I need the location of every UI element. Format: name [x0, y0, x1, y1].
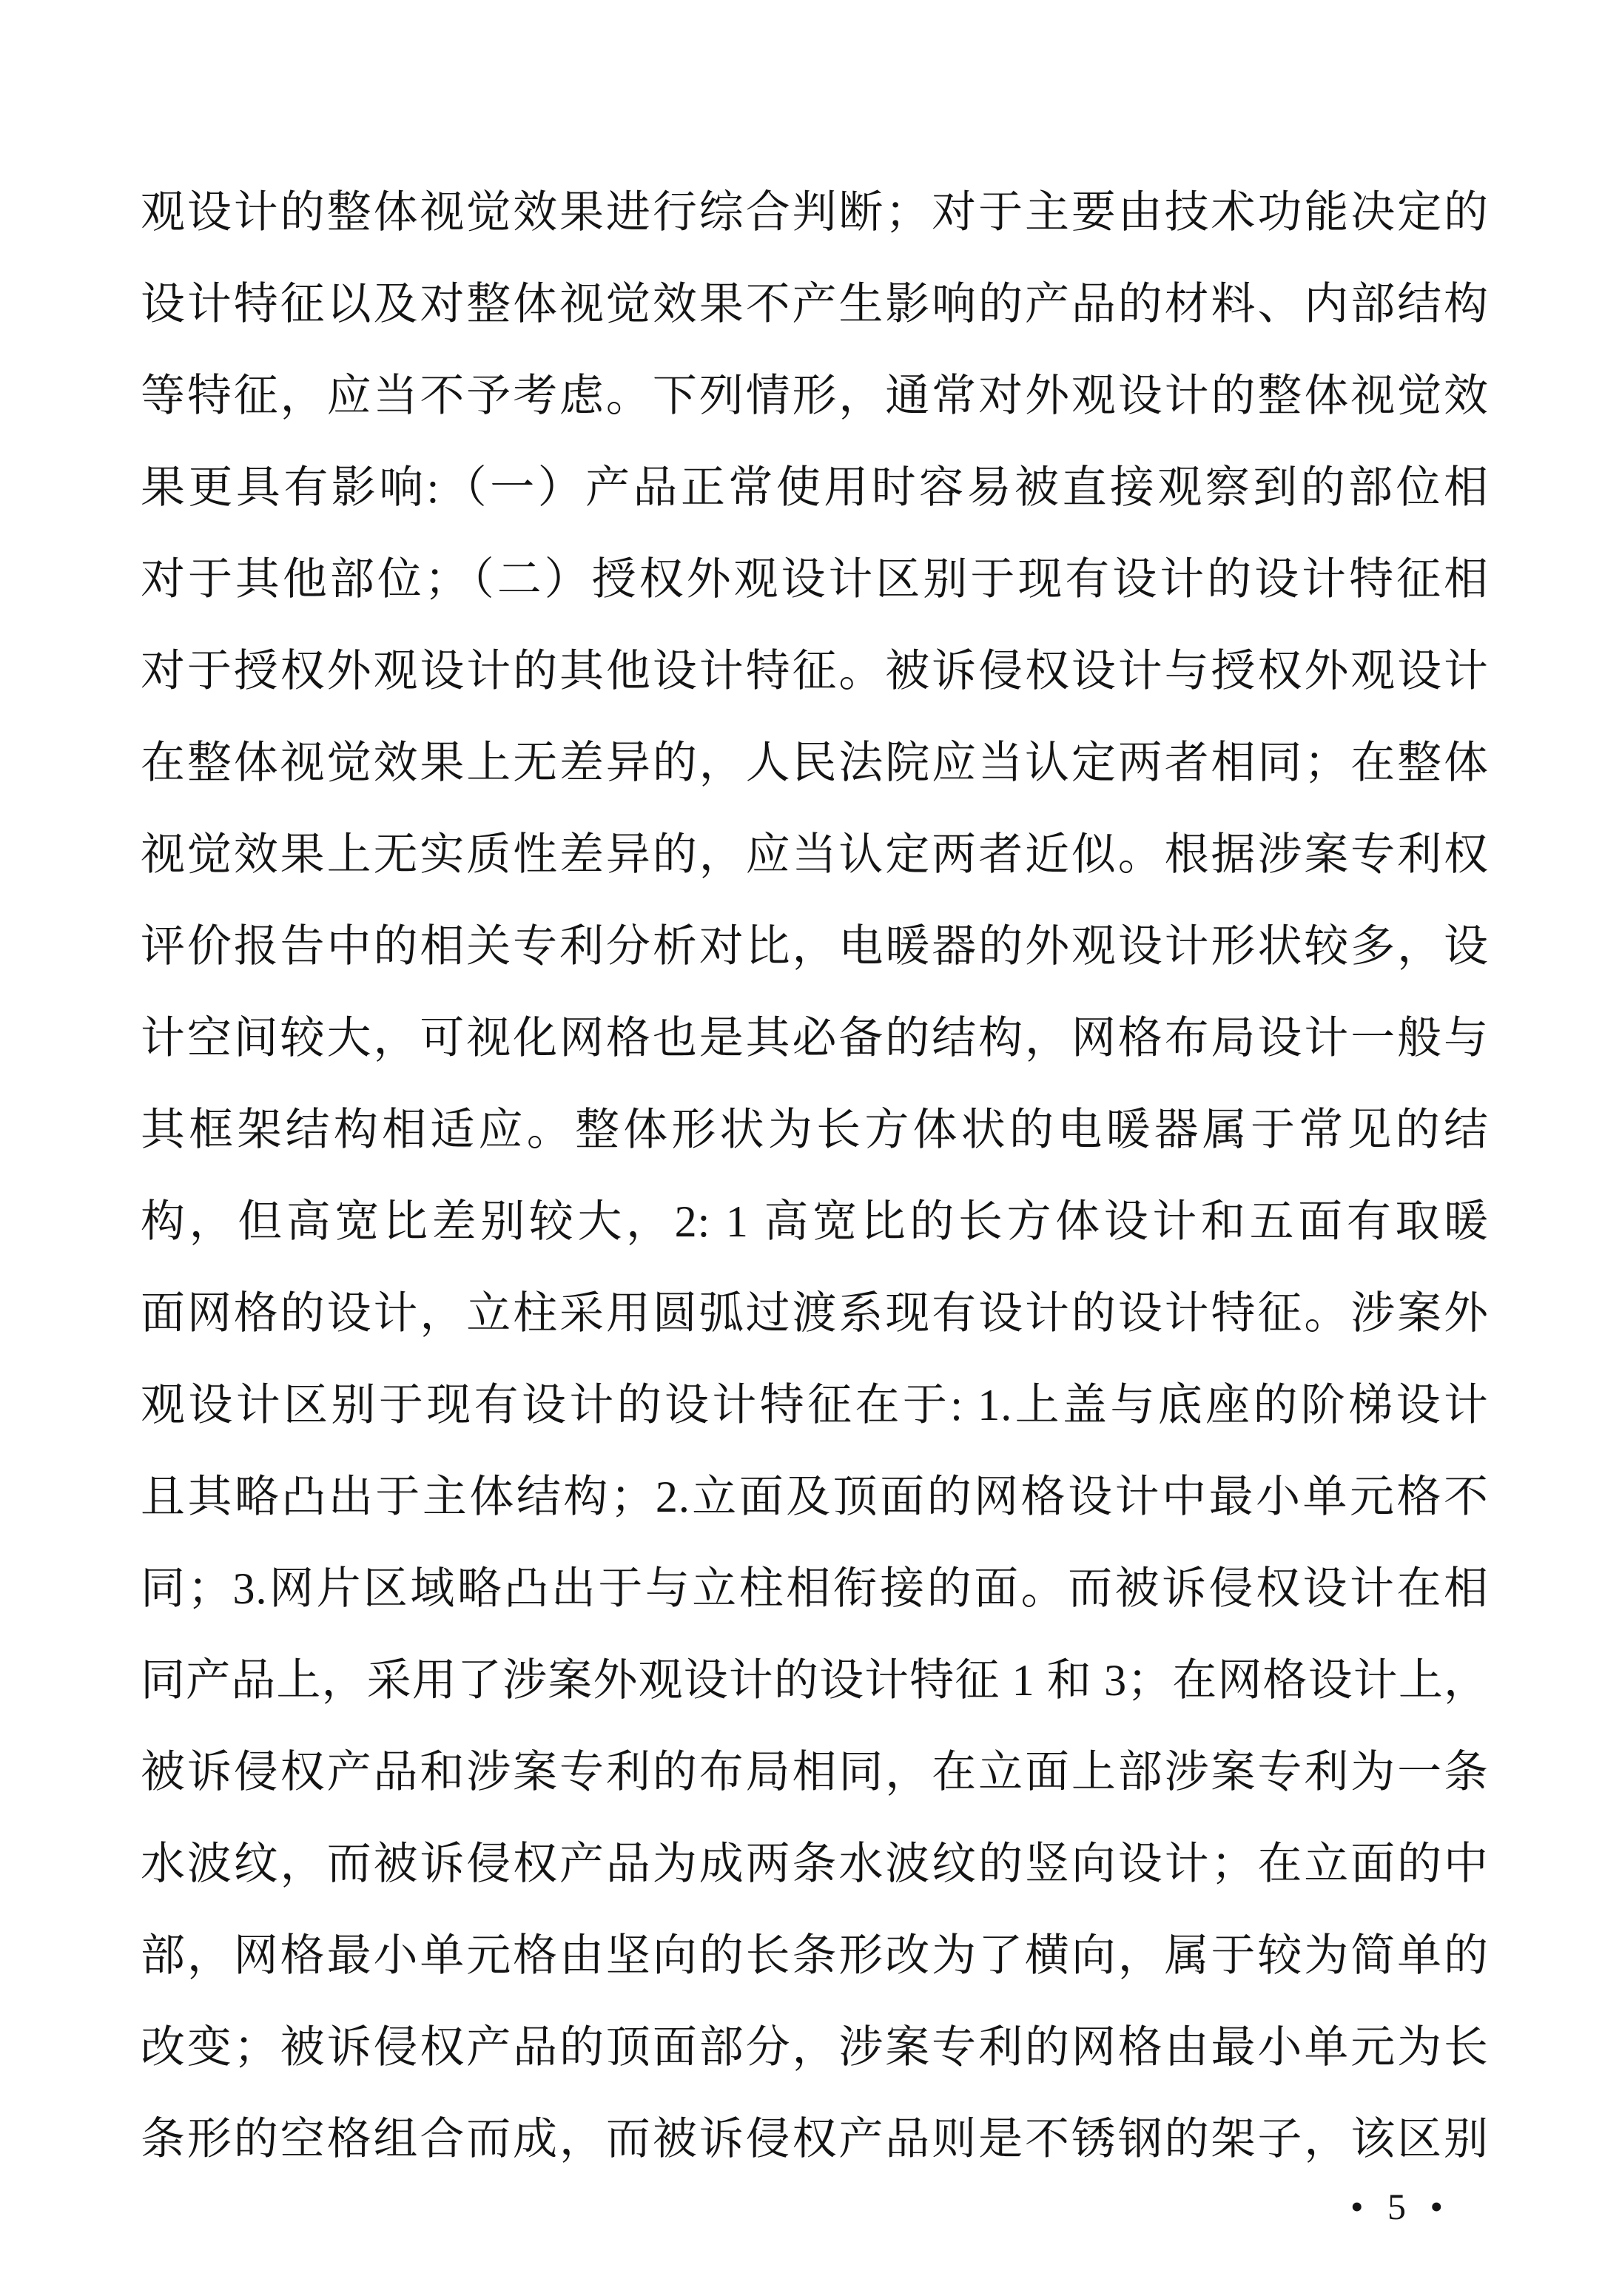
text-line: 水波纹，而被诉侵权产品为成两条水波纹的竖向设计；在立面的中 [141, 1818, 1489, 1910]
text-line: 设计特征以及对整体视觉效果不产生影响的产品的材料、内部结构 [141, 258, 1489, 350]
body-text: 观设计的整体视觉效果进行综合判断；对于主要由技术功能决定的 设计特征以及对整体视… [141, 166, 1489, 2185]
text-line: 改变；被诉侵权产品的顶面部分，涉案专利的网格由最小单元为长 [141, 2002, 1489, 2093]
text-line: 等特征，应当不予考虑。下列情形，通常对外观设计的整体视觉效 [141, 350, 1489, 442]
text-line: 其框架结构相适应。整体形状为长方体状的电暖器属于常见的结 [141, 1084, 1489, 1176]
text-line: 面网格的设计，立柱采用圆弧过渡系现有设计的设计特征。涉案外 [141, 1267, 1489, 1359]
text-line: 部，网格最小单元格由坚向的长条形改为了横向，属于较为简单的 [141, 1910, 1489, 2002]
text-line: 构，但高宽比差别较大，2: 1 高宽比的长方体设计和五面有取暖 [141, 1176, 1489, 1267]
text-line: 在整体视觉效果上无差异的，人民法院应当认定两者相同；在整体 [141, 717, 1489, 809]
text-line: 果更具有影响:（一）产品正常使用时容易被直接观察到的部位相 [141, 442, 1489, 533]
text-line: 且其略凸出于主体结构；2.立面及顶面的网格设计中最小单元格不 [141, 1451, 1489, 1543]
page-number: • 5 • [1350, 2184, 1450, 2229]
text-line: 条形的空格组合而成，而被诉侵权产品则是不锈钢的架子，该区别 [141, 2093, 1489, 2185]
text-line: 被诉侵权产品和涉案专利的布局相同，在立面上部涉案专利为一条 [141, 1726, 1489, 1818]
document-page: 观设计的整体视觉效果进行综合判断；对于主要由技术功能决定的 设计特征以及对整体视… [0, 0, 1622, 2296]
text-line: 对于授权外观设计的其他设计特征。被诉侵权设计与授权外观设计 [141, 625, 1489, 717]
text-line: 同产品上，采用了涉案外观设计的设计特征 1 和 3；在网格设计上， [141, 1635, 1489, 1726]
text-line: 评价报告中的相关专利分析对比，电暖器的外观设计形状较多，设 [141, 900, 1489, 992]
text-line: 同；3.网片区域略凸出于与立柱相衔接的面。而被诉侵权设计在相 [141, 1543, 1489, 1635]
text-line: 视觉效果上无实质性差异的，应当认定两者近似。根据涉案专利权 [141, 809, 1489, 900]
text-line: 计空间较大，可视化网格也是其必备的结构，网格布局设计一般与 [141, 992, 1489, 1084]
text-line: 对于其他部位；（二）授权外观设计区别于现有设计的设计特征相 [141, 533, 1489, 625]
text-line: 观设计区别于现有设计的设计特征在于: 1.上盖与底座的阶梯设计 [141, 1359, 1489, 1451]
text-line: 观设计的整体视觉效果进行综合判断；对于主要由技术功能决定的 [141, 166, 1489, 258]
